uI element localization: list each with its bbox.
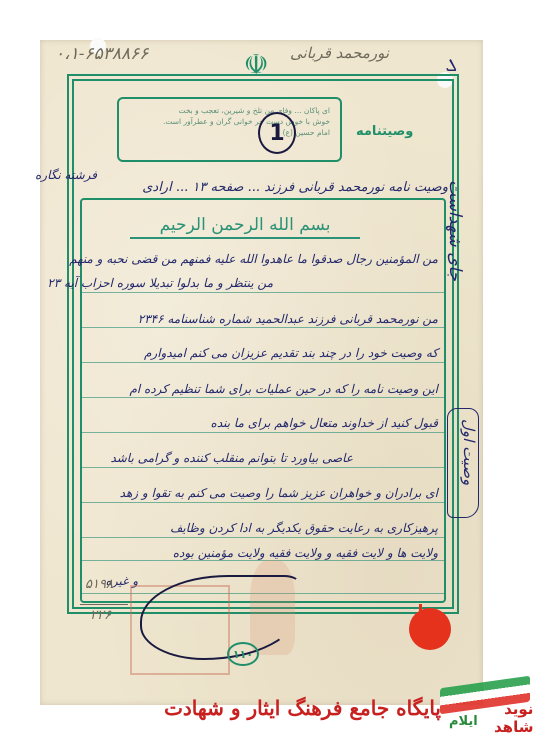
watermark-title: پایگاه جامع فرهنگ ایثار و شهادت: [164, 696, 441, 720]
ruled-line: [82, 327, 444, 328]
ruled-line: [82, 537, 444, 538]
intro-line: وصیت نامه نورمحمد قربانی فرزند ... صفحه …: [142, 180, 448, 195]
ruled-line: [82, 397, 444, 398]
header-quote-box: ای پاکان ... وفای من تلخ و شیرین، تعجب و…: [117, 97, 342, 162]
handwritten-number: ۰،۱-۶۵۳۸۸۶۶: [55, 44, 148, 64]
page-number: ۱۱۰: [227, 642, 259, 666]
body-line: ای برادران و خواهران عزیز شما را وصیت می…: [120, 486, 438, 500]
body-line: من المؤمنین رجال صدقوا ما عاهدوا الله عل…: [69, 252, 438, 266]
quote-line: ای پاکان ... وفای من تلخ و شیرین، تعجب و…: [129, 105, 330, 116]
side-tag-text: وصیت اول: [460, 419, 478, 485]
watermark-brand: نوید شاهد: [494, 700, 533, 736]
ruled-line: [82, 502, 444, 503]
document-title: وصیتنامه: [356, 124, 413, 139]
ruled-line: [82, 292, 444, 293]
quote-line: خوش با خوش دست حر خوانی گران و عطرآور اس…: [129, 116, 330, 127]
body-line: که وصیت خود را در چند بند تقدیم عزیزان م…: [144, 346, 438, 360]
body-line: ولایت ها و لایت فقیه و ولایت فقیه ولایت …: [173, 546, 438, 560]
body-line: عاصی بیاورد تا بتوانم منقلب کننده و گرام…: [110, 451, 353, 465]
ruled-line: [82, 432, 444, 433]
body-line: قبول کنید از خداوند متعال خواهم برای ما …: [211, 416, 438, 430]
watermark-city: ایلام: [449, 714, 478, 729]
fraction-top: ۵۱۹۸: [85, 577, 113, 592]
fraction-bar: [80, 604, 128, 605]
body-line: پرهیزکاری به رعایت حقوق یکدیگر به ادا کر…: [170, 521, 438, 535]
quote-attribution: امام حسین (ع): [129, 127, 330, 138]
handwritten-name: نورمحمد قربانی: [290, 44, 389, 62]
body-line: من نورمحمد قربانی فرزند عبدالحمید شماره …: [138, 312, 438, 326]
body-line: این وصیت نامه را که در حین عملیات برای ش…: [129, 382, 438, 396]
ruled-line: [82, 467, 444, 468]
body-line: من ینتظر و ما بدلوا تبدیلا سوره احزاب آی…: [47, 276, 273, 290]
fraction-bottom: ۲۲۶: [90, 608, 111, 623]
bismillah-heading: بسم الله الرحمن الرحیم: [130, 215, 360, 239]
circled-number: 1: [258, 112, 296, 154]
ruled-line: [82, 362, 444, 363]
blood-drop-stamp: [411, 610, 449, 648]
margin-note: فرشته نگاره: [35, 168, 97, 182]
side-note-vertical: جای شهداست: [445, 180, 465, 281]
margin-mark: ܠ: [445, 55, 457, 76]
side-tag: وصیت اول: [447, 408, 479, 518]
